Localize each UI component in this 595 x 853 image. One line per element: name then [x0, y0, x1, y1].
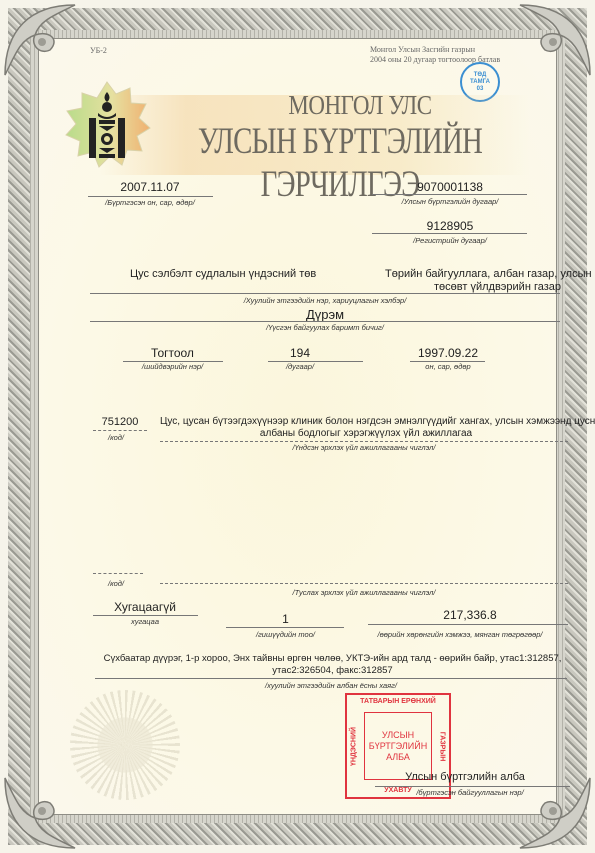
decision-number: 194 — [270, 346, 330, 360]
approval-note: Монгол Улсын Засгийн газрын 2004 оны 20 … — [370, 45, 540, 65]
decision-type-caption: /шийдвэрийн нэр/ — [125, 362, 220, 371]
founding-document-caption: /Үүсгэн байгуулах баримт бичиг/ — [90, 323, 560, 332]
members-count-caption: /гишүүдийн тоо/ — [228, 630, 343, 639]
red-stamp-top: ТАТВАРЫН ЕРӨНХИЙ — [347, 698, 449, 705]
divider — [93, 430, 147, 431]
red-stamp-left: ҮНДЭСНИЙ — [351, 722, 358, 772]
corner-ornament-icon — [0, 0, 80, 80]
divider — [160, 441, 568, 442]
embossed-seal-icon — [70, 690, 180, 800]
main-activity-code-caption: /код/ — [96, 433, 136, 442]
main-activity-code: 751200 — [96, 416, 144, 428]
divider — [375, 786, 570, 787]
address-line-1: Сүхбаатар дүүрэг, 1-р хороо, Энх тайвны … — [95, 653, 570, 665]
corner-ornament-icon — [515, 773, 595, 853]
red-stamp-center-line-2: БҮРТГЭЛИЙН — [369, 741, 427, 752]
divider — [90, 293, 560, 294]
blue-stamp-line-2: ТАМГА — [470, 79, 490, 86]
registrar-name: Улсын бүртгэлийн алба — [395, 771, 535, 783]
secondary-activity-caption: /Туслах эрхлэх үйл ажиллагааны чиглэл/ — [160, 588, 568, 597]
entity-legal-form: Төрийн байгууллага, албан газар, улсын т… — [385, 268, 570, 294]
decision-date: 1997.09.22 — [408, 346, 488, 360]
main-activity-description: Цус, цусан бүтээгдэхүүнээр клиник болон … — [160, 416, 572, 440]
registration-date-caption: /Бүртгэсэн он, сар, өдөр/ — [90, 198, 210, 207]
approval-line-2: 2004 оны 20 дугаар тогтоолоор батлав — [370, 55, 540, 65]
red-official-stamp: ТАТВАРЫН ЕРӨНХИЙ ҮНДЭСНИЙ ГАЗРЫН УХАВТУ … — [345, 693, 451, 799]
red-stamp-center: УЛСЫН БҮРТГЭЛИЙН АЛБА — [364, 712, 432, 780]
corner-ornament-icon — [515, 0, 595, 80]
decision-number-caption: /дугаар/ — [270, 362, 330, 371]
decision-date-caption: он, сар, өдөр — [408, 362, 488, 371]
founding-document: Дүрэм — [90, 307, 560, 322]
divider — [226, 627, 344, 628]
divider — [372, 194, 527, 195]
divider — [93, 615, 198, 616]
address-line-2: утас2:326504, факс:312857 — [95, 665, 570, 677]
divider — [93, 573, 143, 574]
divider — [368, 624, 568, 625]
divider — [90, 321, 560, 322]
divider — [372, 233, 527, 234]
decision-type: Тогтоол — [125, 346, 220, 360]
red-stamp-center-line-1: УЛСЫН — [382, 730, 414, 741]
secondary-activity-code-caption: /код/ — [96, 579, 136, 588]
divider — [88, 196, 213, 197]
register-number: 9128905 — [375, 219, 525, 233]
registration-date: 2007.11.07 — [90, 180, 210, 194]
red-stamp-right: ГАЗРЫН — [439, 722, 446, 772]
entity-name: Цус сэлбэлт судлалын үндэсний төв — [130, 268, 350, 280]
term: Хугацаагүй — [95, 600, 195, 614]
title-country: МОНГОЛ УЛС — [207, 90, 513, 121]
register-number-caption: /Регистрийн дугаар/ — [375, 236, 525, 245]
state-registration-number: 9070001138 — [375, 180, 525, 194]
entity-name-caption: /Хуулийн этгээдийн нэр, хариуцлагын хэлб… — [90, 296, 560, 305]
soyombo-emblem-icon — [62, 80, 152, 170]
members-count: 1 — [228, 612, 343, 626]
equity-capital: 217,336.8 — [370, 608, 570, 622]
main-activity-line-1: Цус, цусан бүтээгдэхүүнээр клиник болон … — [160, 416, 572, 428]
divider — [160, 583, 568, 584]
official-address: Сүхбаатар дүүрэг, 1-р хороо, Энх тайвны … — [95, 653, 570, 677]
main-activity-line-2: албаны бодлогыг хэрэгжүүлэх үйл ажиллага… — [160, 428, 572, 440]
red-stamp-center-line-3: АЛБА — [386, 752, 410, 763]
equity-capital-caption: /өөрийн хөрөнгийн хэмжээ, мянган төгрөгө… — [355, 630, 565, 639]
main-activity-caption: /Үндсэн эрхлэх үйл ажиллагааны чиглэл/ — [160, 443, 568, 452]
official-address-caption: /хуулийн этгээдийн албан ёсны хаяг/ — [95, 681, 567, 690]
term-caption: хугацаа — [95, 617, 195, 626]
registrar-caption: /бүртгэсэн байгууллагын нэр/ — [405, 788, 535, 797]
entity-legal-form-line-1: Төрийн байгууллага, албан газар, улсын — [385, 268, 570, 281]
corner-ornament-icon — [0, 773, 80, 853]
approval-line-1: Монгол Улсын Засгийн газрын — [370, 45, 540, 55]
form-code: УБ-2 — [90, 46, 107, 55]
blue-stamp-line-1: ТӨД — [474, 72, 487, 79]
divider — [95, 678, 567, 679]
state-registration-number-caption: /Улсын бүртгэлийн дугаар/ — [375, 197, 525, 206]
